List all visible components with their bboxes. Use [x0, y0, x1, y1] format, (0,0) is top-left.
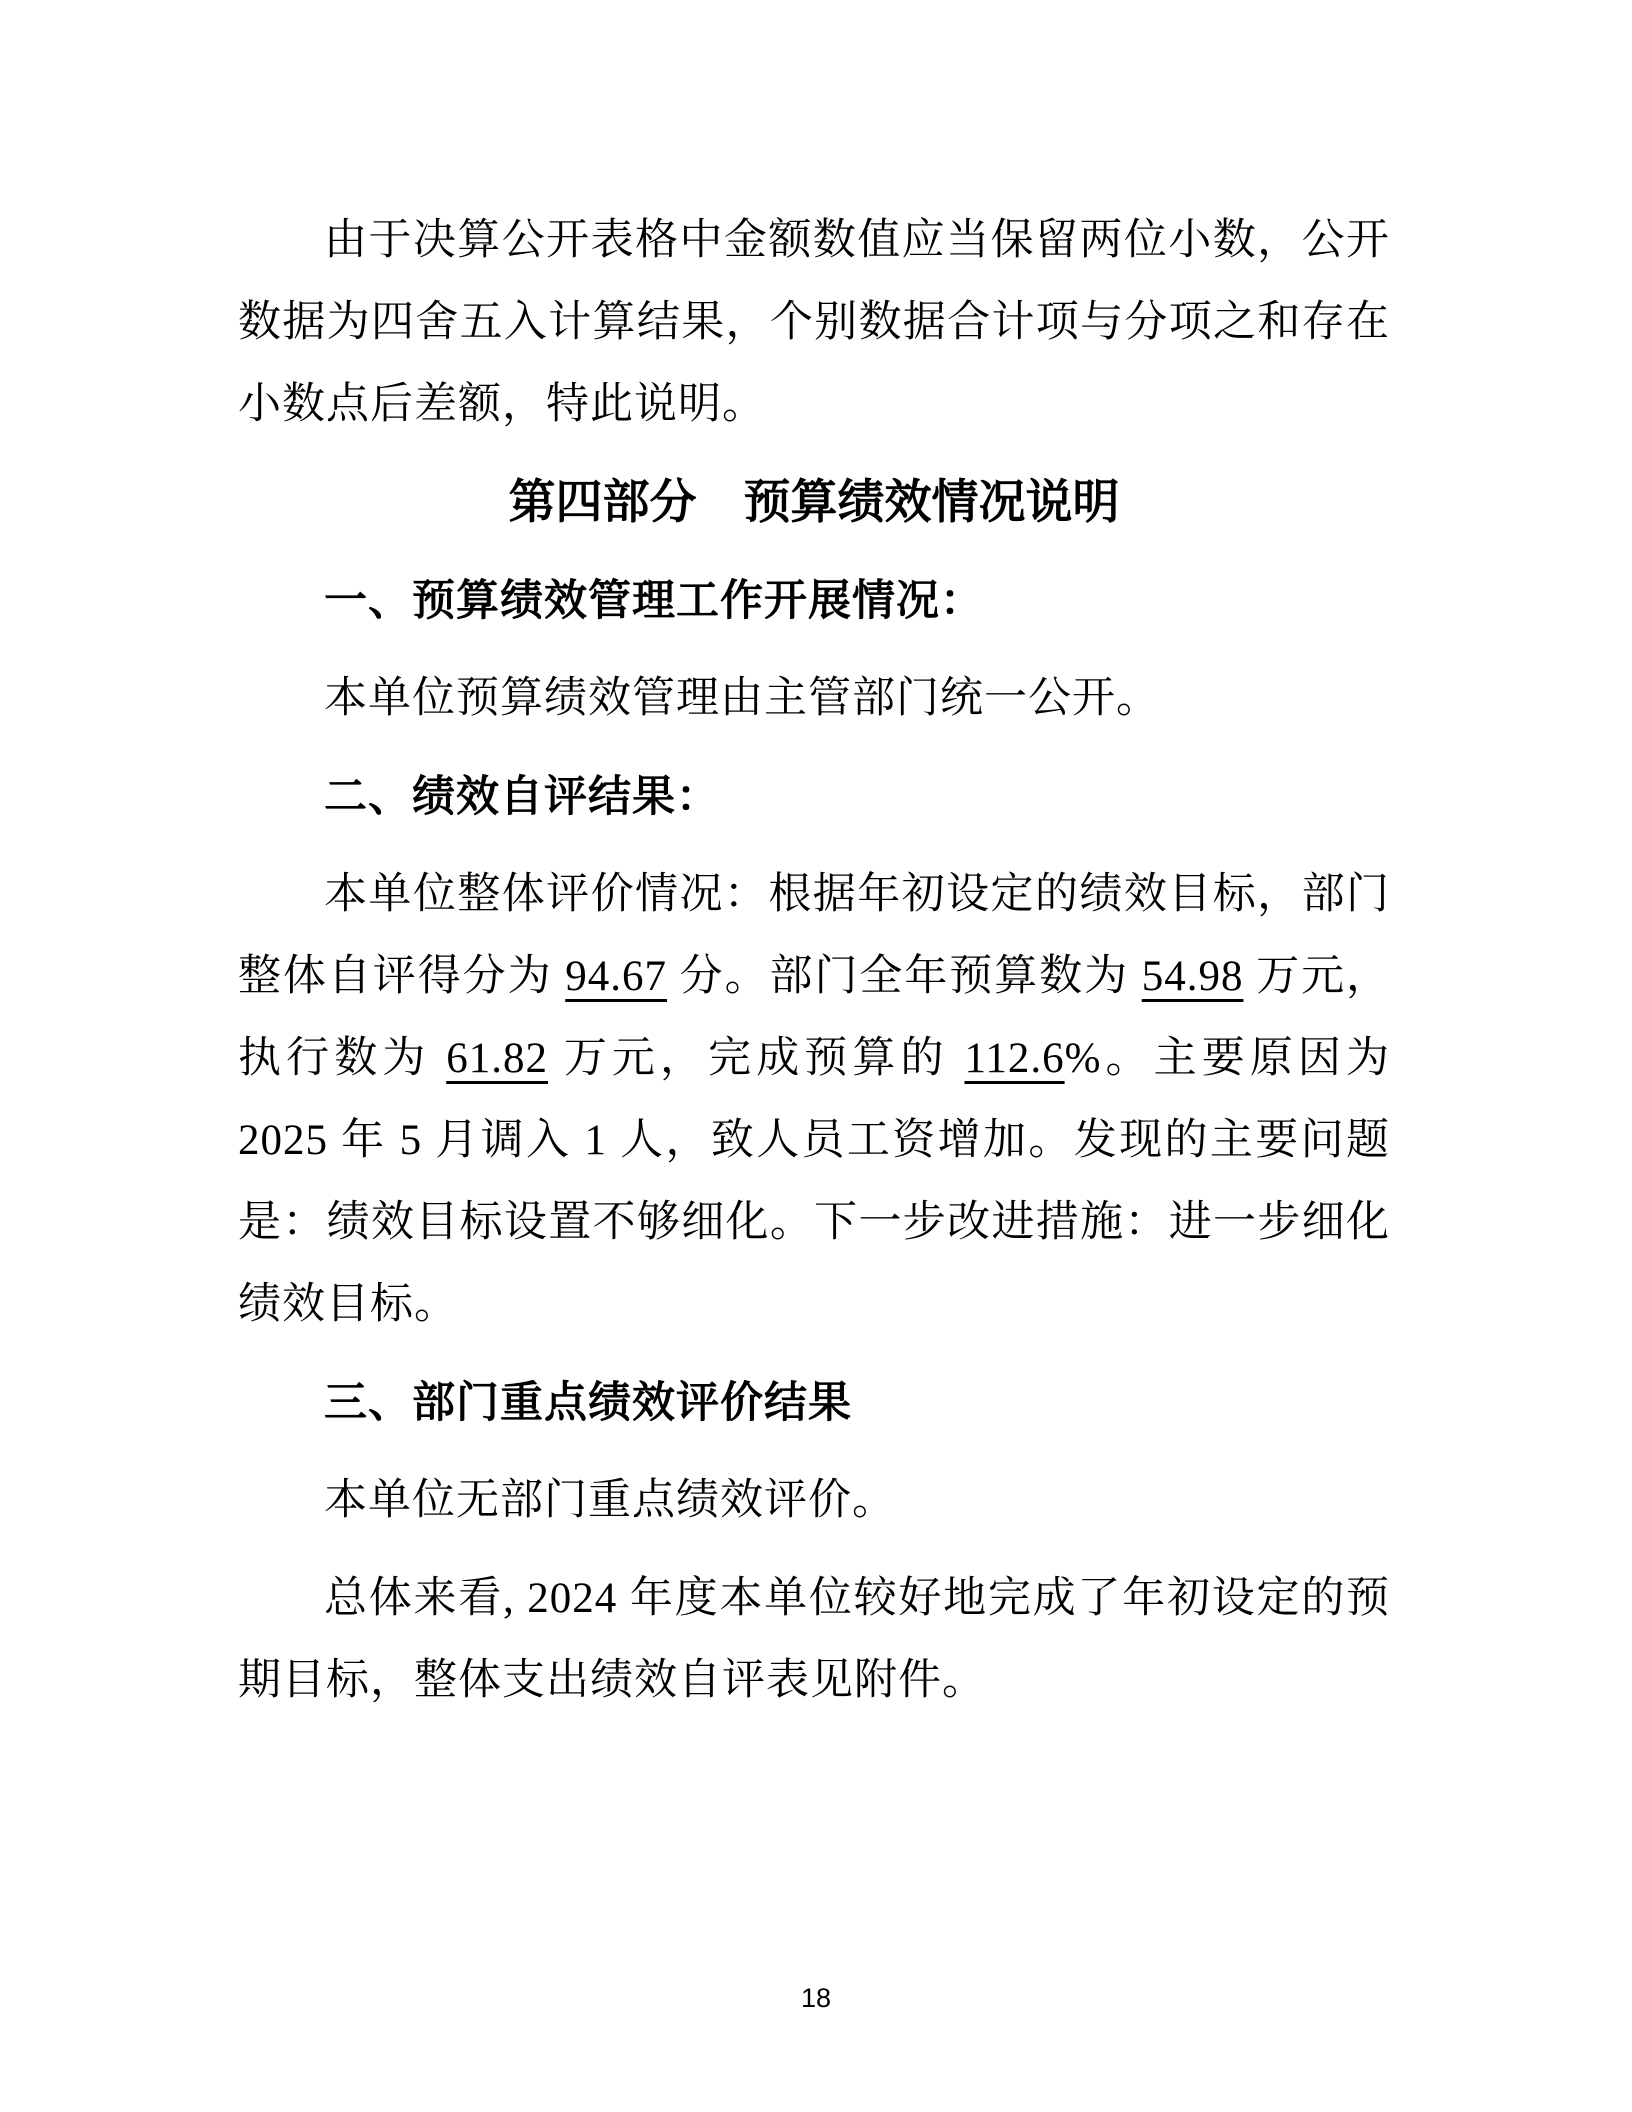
section-heading-3: 三、部门重点绩效评价结果	[238, 1362, 1390, 1444]
underlined-value: 112.6	[964, 1035, 1064, 1082]
section1-body-paragraph: 本单位预算绩效管理由主管部门统一公开。	[238, 658, 1390, 740]
document-page: { "page": { "background": "#ffffff", "te…	[0, 0, 1632, 2112]
underlined-value: 61.82	[446, 1035, 548, 1082]
underlined-value: 54.98	[1142, 953, 1244, 1000]
text-segment: 分。部门全年预算数为	[667, 953, 1142, 1000]
part-title: 第四部分 预算绩效情况说明	[238, 462, 1390, 544]
underlined-value: 94.67	[565, 953, 667, 1000]
page-number: 18	[0, 1982, 1632, 2014]
section-heading-1: 一、预算绩效管理工作开展情况：	[238, 560, 1390, 642]
intro-paragraph: 由于决算公开表格中金额数值应当保留两位小数，公开数据为四舍五入计算结果，个别数据…	[238, 200, 1390, 446]
text-block: 由于决算公开表格中金额数值应当保留两位小数，公开数据为四舍五入计算结果，个别数据…	[238, 0, 1390, 1722]
section-heading-2: 二、绩效自评结果：	[238, 756, 1390, 838]
closing-paragraph: 总体来看, 2024 年度本单位较好地完成了年初设定的预期目标，整体支出绩效自评…	[238, 1558, 1390, 1722]
text-segment: 万元，完成预算的	[548, 1035, 964, 1082]
section3-body-paragraph: 本单位无部门重点绩效评价。	[238, 1460, 1390, 1542]
section2-body-paragraph: 本单位整体评价情况：根据年初设定的绩效目标，部门整体自评得分为 94.67 分。…	[238, 854, 1390, 1346]
